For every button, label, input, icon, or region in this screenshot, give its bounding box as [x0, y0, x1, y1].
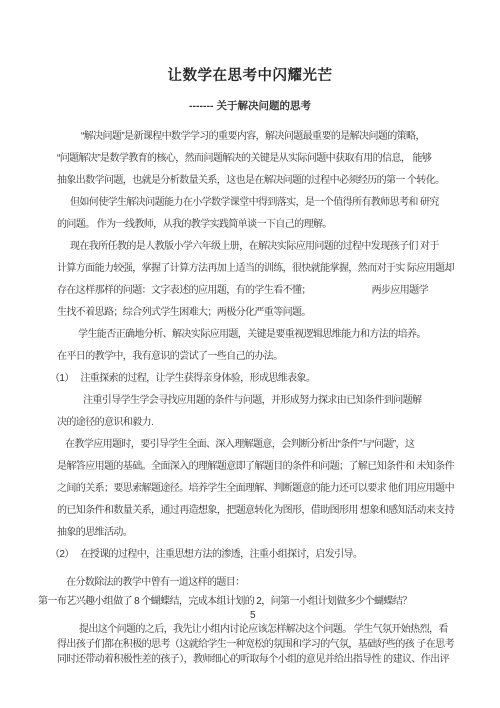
text-line: 抽象的思维活动。 — [57, 522, 500, 544]
text-line: 提出这个问题的之后，我先让小组内讨论应该怎样解决这个问题。 学生气氛开始热烈，看 — [79, 622, 500, 637]
text-line: 生找不着思路；综合列式学生困难大；两极分化严重等问题。 — [57, 302, 500, 324]
document-body: “解决问题”是新课程中数学学习的重要内容，解决问题最重要的是解决问题的策略，“问… — [0, 126, 500, 667]
text-line: 注重引导学生学会寻找应用题的条件与问题，并形成努力探求由已知条件到问题解 — [83, 390, 500, 412]
text-line: 计算方面能力较强，掌握了计算方法再加上适当的训练，很快就能掌握，然而对于实 际应… — [57, 258, 500, 280]
text-line: 5 — [250, 609, 500, 622]
text-line: 第一布艺兴趣小组做了 8 个蝴蝶结，完成本组计划的 2，问第一小组计划做多少个蝴… — [38, 594, 500, 609]
text-line: （2） 在授课的过程中，注重思想方法的渗透，注重小组探讨，启发引导。 — [50, 544, 500, 566]
text-line: 现在我所任教的是人教版小学六年级上册，在解决实际应用问题的过程中发现孩子们 对于 — [70, 236, 500, 258]
text-line: “解决问题”是新课程中数学学习的重要内容，解决问题最重要的是解决问题的策略， — [81, 126, 500, 148]
text-line: （1） 注重探索的过程，让学生获得亲身体验，形成思维表象。 — [50, 368, 500, 390]
text-line: 的问题。 作为一线教师，从我的教学实践简单谈一下自己的理解。 — [57, 214, 500, 236]
page-subtitle: ------- 关于解决问题的思考 — [0, 99, 500, 114]
text-line: 是解答应用题的基础。全面深入的理解题意即了解题目的条件和问题；了解已知条件和 未… — [57, 456, 500, 478]
text-line: 的已知条件和数量关系，通过再造想象，把题意转化为图形，借助图形用 想象和感知活动… — [57, 500, 500, 522]
text-line: “问题解决”是数学教育的核心，然而问题解决的关键是从实际问题中获取有用的信息， … — [57, 148, 500, 170]
text-line: 得出孩子们都在积极的思考（这就给学生一种宽松的氛围和学习的气氛，基础好些的孩 子… — [57, 637, 500, 652]
text-line: 存在这样那样的问题：文字表述的应用题，有的学生看不懂； 两步应用题学 — [57, 280, 500, 302]
text-line: 之间的关系；要思索解题途径。培养学生全面理解、判断题意的能力还可以要求 他们用应… — [57, 478, 500, 500]
text-line: 抽象出数学问题，也就是分析数量关系，这也是在解决问题的过程中必须经历的第一 个转… — [57, 170, 500, 192]
text-line: 但如何使学生解决问题能力在小学数学课堂中得到落实，是一个值得所有教师思考和 研究 — [70, 192, 500, 214]
text-line: 同时还带动着积极性差的孩子），教师细心的听取每个小组的意见并给出指导性 的建议、… — [57, 652, 500, 667]
text-line: 在分数除法的教学中曾有一道这样的题目： — [66, 572, 500, 594]
text-line: 学生能否正确地分析、解决实际应用题，关键是要重视逻辑思维能力和方法的培养。 — [78, 324, 500, 346]
text-line: 在平日的教学中，我有意识的尝试了一些自己的办法。 — [57, 346, 500, 368]
page-title: 让数学在思考中闪耀光芒 — [0, 0, 500, 86]
text-line: 决的途径的意识和毅力. — [57, 412, 500, 434]
document-page: 让数学在思考中闪耀光芒 ------- 关于解决问题的思考 “解决问题”是新课程… — [0, 0, 500, 708]
text-line: 在教学应用题时，要引导学生全面、深入理解题意，会判断分析出“条件”与“问题”，这 — [65, 434, 500, 456]
